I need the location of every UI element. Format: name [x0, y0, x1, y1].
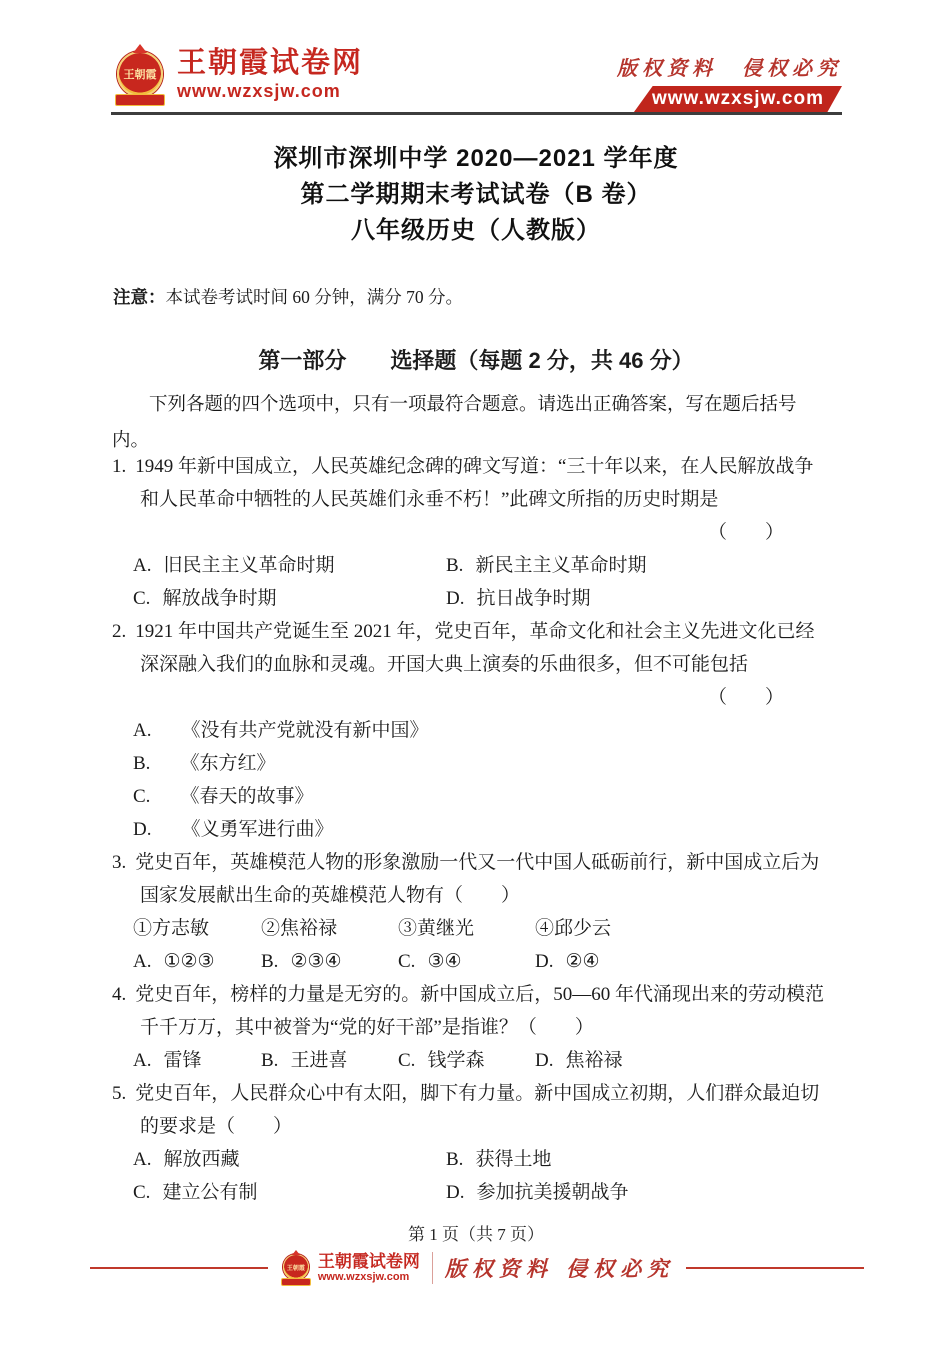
option-label: C. [398, 1050, 415, 1071]
option-text: 钱学森 [427, 1050, 484, 1071]
sub-item-3: ③黄继光 [398, 912, 535, 945]
sub-item-1: ①方志敏 [133, 912, 261, 945]
header-divider [111, 112, 842, 115]
footer-banner: 王朝霞 王朝霞试卷网 www.wzxsjw.com 版权资料 侵权必究 [90, 1250, 864, 1286]
site-url: www.wzxsjw.com [177, 82, 363, 102]
option-c: C.解放战争时期 [133, 582, 446, 615]
seal-text: 王朝霞 [287, 1263, 305, 1272]
option-d: D.②④ [535, 945, 824, 978]
option-c: C.钱学森 [398, 1044, 535, 1077]
notice-label: 注意： [113, 287, 166, 307]
option-text: 新民主主义革命时期 [475, 555, 646, 576]
options: A.《没有共产党就没有新中国》 B.《东方红》 C.《春天的故事》 D.《义勇军… [112, 714, 824, 846]
option-text: 《东方红》 [180, 753, 275, 774]
option-text: 参加抗美援朝战争 [476, 1182, 628, 1203]
answer-bracket: （ ） [112, 516, 824, 549]
option-text: 雷锋 [163, 1050, 201, 1071]
exam-page: 王朝霞 王朝霞试卷网 www.wzxsjw.com 版权资料 侵权必究 www.… [0, 0, 952, 1347]
option-label: A. [133, 951, 151, 972]
option-a: A.解放西藏 [133, 1143, 446, 1176]
footer-site-url: www.wzxsjw.com [318, 1271, 420, 1283]
crown-icon [292, 1250, 300, 1255]
option-text: ③④ [427, 951, 461, 972]
section-heading: 第一部分 选择题（每题 2 分，共 46 分） [0, 344, 952, 375]
title-line-2: 第二学期期末考试试卷（B 卷） [0, 177, 952, 213]
question-5: 5.党史百年，人民群众心中有太阳，脚下有力量。新中国成立初期，人们群众最迫切的要… [112, 1077, 824, 1209]
url-banner: www.wzxsjw.com [634, 86, 842, 112]
option-text: ②③④ [290, 951, 341, 972]
footer-site-name: 王朝霞试卷网 [318, 1253, 420, 1272]
option-a: A.《没有共产党就没有新中国》 [133, 714, 824, 747]
option-b: B.②③④ [261, 945, 398, 978]
question-text: 5.党史百年，人民群众心中有太阳，脚下有力量。新中国成立初期，人们群众最迫切的要… [112, 1077, 824, 1143]
footer-rule-right [686, 1267, 864, 1269]
sub-item-2: ②焦裕禄 [261, 912, 398, 945]
seal-text: 王朝霞 [124, 66, 157, 82]
option-text: 抗日战争时期 [476, 588, 590, 609]
option-d: D.参加抗美援朝战争 [446, 1176, 824, 1209]
ribbon-icon [281, 1278, 311, 1286]
option-label: D. [446, 588, 464, 609]
exam-notice: 注意：本试卷考试时间 60 分钟，满分 70 分。 [113, 284, 463, 309]
options: A.解放西藏 B.获得土地 C.建立公有制 D.参加抗美援朝战争 [112, 1143, 824, 1209]
option-b: B.获得土地 [446, 1143, 824, 1176]
footer-rule-left [90, 1267, 268, 1269]
option-label: C. [133, 588, 150, 609]
option-text: 焦裕禄 [565, 1050, 622, 1071]
option-d: D.《义勇军进行曲》 [133, 813, 824, 846]
option-c: C.建立公有制 [133, 1176, 446, 1209]
options: A.旧民主主义革命时期 B.新民主主义革命时期 C.解放战争时期 D.抗日战争时… [112, 549, 824, 615]
question-number: 2. [112, 621, 126, 642]
medal-seal-icon: 王朝霞 [112, 44, 168, 106]
option-label: B. [261, 1050, 278, 1071]
option-a: A.旧民主主义革命时期 [133, 549, 446, 582]
option-label: D. [446, 1182, 464, 1203]
option-a: A.雷锋 [133, 1044, 261, 1077]
option-b: B.王进喜 [261, 1044, 398, 1077]
option-a: A.①②③ [133, 945, 261, 978]
option-label: A. [133, 555, 151, 576]
option-b: B.《东方红》 [133, 747, 824, 780]
exam-title: 深圳市深圳中学 2020—2021 学年度 第二学期期末考试试卷（B 卷） 八年… [0, 141, 952, 249]
site-name: 王朝霞试卷网 [177, 48, 363, 80]
option-label: A. [133, 1149, 151, 1170]
option-text: ①②③ [163, 951, 214, 972]
options: A.雷锋 B.王进喜 C.钱学森 D.焦裕禄 [112, 1044, 824, 1077]
question-number: 3. [112, 852, 126, 873]
option-label: D. [535, 1050, 553, 1071]
option-text: 王进喜 [290, 1050, 347, 1071]
footer-brand: 王朝霞 王朝霞试卷网 www.wzxsjw.com [280, 1250, 420, 1286]
medal-seal-icon: 王朝霞 [280, 1250, 312, 1286]
footer-slogan: 版权资料 侵权必究 [445, 1253, 674, 1283]
question-4: 4.党史百年，榜样的力量是无穷的。新中国成立后，50—60 年代涌现出来的劳动模… [112, 978, 824, 1077]
option-label: B. [446, 555, 463, 576]
option-label: B. [446, 1149, 463, 1170]
site-brand: 王朝霞 王朝霞试卷网 www.wzxsjw.com [112, 44, 363, 106]
title-line-3: 八年级历史（人教版） [0, 213, 952, 249]
option-text: ②④ [565, 951, 599, 972]
option-text: 建立公有制 [162, 1182, 257, 1203]
option-c: C.③④ [398, 945, 535, 978]
option-label: C. [133, 786, 150, 807]
question-text: 1.1949 年新中国成立，人民英雄纪念碑的碑文写道：“三十年以来，在人民解放战… [112, 450, 824, 516]
question-1: 1.1949 年新中国成立，人民英雄纪念碑的碑文写道：“三十年以来，在人民解放战… [112, 450, 824, 615]
crown-icon [133, 44, 147, 53]
option-text: 旧民主主义革命时期 [163, 555, 334, 576]
question-number: 5. [112, 1083, 126, 1104]
option-b: B.新民主主义革命时期 [446, 549, 824, 582]
footer-divider [432, 1252, 433, 1284]
option-d: D.焦裕禄 [535, 1044, 824, 1077]
question-number: 4. [112, 984, 126, 1005]
option-label: B. [261, 951, 278, 972]
brand-text: 王朝霞试卷网 www.wzxsjw.com [177, 48, 363, 102]
header-right: 版权资料 侵权必究 www.wzxsjw.com [617, 44, 842, 112]
option-d: D.抗日战争时期 [446, 582, 824, 615]
option-text: 《没有共产党就没有新中国》 [181, 720, 428, 741]
option-text: 《春天的故事》 [180, 786, 313, 807]
answer-bracket: （ ） [112, 681, 824, 714]
question-text: 4.党史百年，榜样的力量是无穷的。新中国成立后，50—60 年代涌现出来的劳动模… [112, 978, 824, 1044]
seal-coin-icon: 王朝霞 [117, 51, 163, 97]
option-text: 解放战争时期 [162, 588, 276, 609]
notice-text: 本试卷考试时间 60 分钟，满分 70 分。 [166, 287, 464, 307]
sub-item-4: ④邱少云 [535, 912, 824, 945]
option-c: C.《春天的故事》 [133, 780, 824, 813]
question-3: 3.党史百年，英雄模范人物的形象激励一代又一代中国人砥砺前行，新中国成立后为国家… [112, 846, 824, 978]
option-label: D. [535, 951, 553, 972]
question-list: 1.1949 年新中国成立，人民英雄纪念碑的碑文写道：“三十年以来，在人民解放战… [112, 450, 824, 1209]
option-label: A. [133, 720, 151, 741]
header: 王朝霞 王朝霞试卷网 www.wzxsjw.com 版权资料 侵权必究 www.… [112, 44, 842, 112]
seal-coin-icon: 王朝霞 [283, 1254, 309, 1280]
page-number: 第 1 页（共 7 页） [0, 1220, 952, 1245]
option-label: C. [398, 951, 415, 972]
question-text: 2.1921 年中国共产党诞生至 2021 年，党史百年，革命文化和社会主义先进… [112, 615, 824, 681]
question-number: 1. [112, 456, 126, 477]
question-2: 2.1921 年中国共产党诞生至 2021 年，党史百年，革命文化和社会主义先进… [112, 615, 824, 846]
title-line-1: 深圳市深圳中学 2020—2021 学年度 [0, 141, 952, 177]
option-text: 获得土地 [475, 1149, 551, 1170]
option-label: D. [133, 819, 151, 840]
copyright-slogan: 版权资料 侵权必究 [617, 52, 842, 81]
ribbon-icon [115, 94, 165, 106]
option-text: 《义勇军进行曲》 [181, 819, 333, 840]
option-text: 解放西藏 [163, 1149, 239, 1170]
section-instruction: 下列各题的四个选项中，只有一项最符合题意。请选出正确答案，写在题后括号内。 [112, 386, 828, 458]
option-label: C. [133, 1182, 150, 1203]
sub-items: ①方志敏 ②焦裕禄 ③黄继光 ④邱少云 [112, 912, 824, 945]
option-label: B. [133, 753, 150, 774]
footer-brand-text: 王朝霞试卷网 www.wzxsjw.com [318, 1253, 420, 1284]
option-label: A. [133, 1050, 151, 1071]
question-text: 3.党史百年，英雄模范人物的形象激励一代又一代中国人砥砺前行，新中国成立后为国家… [112, 846, 824, 912]
options: A.①②③ B.②③④ C.③④ D.②④ [112, 945, 824, 978]
